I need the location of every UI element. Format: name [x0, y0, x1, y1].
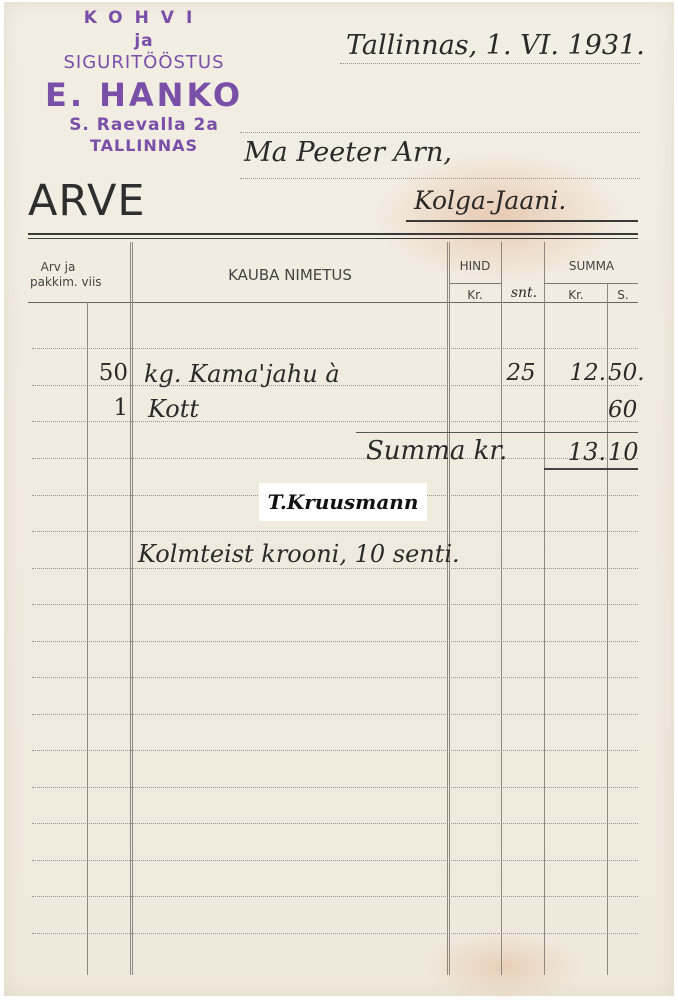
col-line-name-2: [132, 242, 133, 975]
total-underline: [544, 468, 638, 470]
row-line: [32, 714, 638, 715]
header-price: HIND: [450, 259, 500, 273]
col-line-name: [130, 242, 131, 975]
row-item: Kott: [148, 395, 199, 423]
row-line: [32, 823, 638, 824]
header-sum-kr: Kr.: [545, 288, 607, 302]
stamp-address: S. Raevalla 2a: [24, 115, 264, 135]
total-label: Summa kr.: [366, 436, 507, 466]
header-quantity: Arv ja pakkim. viis: [30, 260, 86, 290]
row-line: [32, 568, 638, 569]
amount-in-words: Kolmteist krooni, 10 senti.: [138, 540, 460, 568]
header-rule-top-2: [28, 238, 638, 239]
row-qty: 50: [94, 360, 128, 386]
col-line-sum-s: [607, 283, 608, 975]
stamp-ja: ja: [24, 31, 264, 51]
stamp-city: TALLINNAS: [24, 136, 264, 155]
recipient-dotted-line: [240, 132, 640, 133]
stamp-industry: SIGURITÖÖSTUS: [24, 52, 264, 73]
recipient-underline: [406, 220, 638, 222]
header-sum-s: S.: [608, 288, 638, 302]
row-line: [32, 458, 638, 459]
row-line: [32, 750, 638, 751]
recipient-dotted-line: [240, 178, 640, 179]
row-item: kg. Kama'jahu à: [144, 360, 340, 388]
row-line: [32, 421, 638, 422]
row-line: [32, 677, 638, 678]
row-price-snt: 25: [501, 360, 541, 386]
row-line: [32, 604, 638, 605]
col-line-qty: [87, 302, 88, 975]
row-line: [32, 348, 638, 349]
stamp-company: E. HANKO: [24, 76, 264, 114]
hind-subrule: [449, 283, 501, 284]
invoice-paper: KOHVI ja SIGURITÖÖSTUS E. HANKO S. Raeva…: [4, 2, 674, 996]
row-qty: 1: [94, 395, 128, 421]
row-sum-s: 60: [608, 397, 637, 423]
row-sum-kr: 12.: [560, 360, 606, 386]
subtotal-rule: [356, 432, 638, 433]
stamp-kohvi: KOHVI: [24, 8, 264, 28]
recipient-place: Kolga-Jaani.: [414, 186, 566, 215]
date-dotted-line: [340, 63, 640, 64]
doc-title: ARVE: [28, 176, 146, 226]
header-item-name: KAUBA NIMETUS: [134, 266, 446, 284]
total-s: 10: [608, 438, 639, 466]
date-text: Tallinnas, 1. VI. 1931.: [346, 30, 645, 61]
signature-label: T.Kruusmann: [259, 483, 427, 521]
recipient-name: Ma Peeter Arn,: [244, 137, 452, 168]
row-line: [32, 787, 638, 788]
stain: [424, 932, 584, 1000]
total-kr: 13.: [560, 438, 606, 466]
row-sum-s: 50.: [608, 360, 645, 386]
header-price-snt: snt.: [504, 285, 544, 301]
header-rule-top: [28, 233, 638, 235]
header-rule-bottom: [28, 302, 638, 303]
header-sum: SUMMA: [545, 259, 638, 273]
row-line: [32, 896, 638, 897]
col-line-price-2: [449, 242, 450, 975]
row-line: [32, 933, 638, 934]
header-price-kr: Kr.: [450, 288, 500, 302]
col-line-sum: [544, 242, 545, 975]
col-line-snt: [501, 242, 502, 975]
col-line-price: [447, 242, 448, 975]
row-line: [32, 531, 638, 532]
row-line: [32, 641, 638, 642]
summa-subrule: [544, 283, 638, 284]
row-line: [32, 860, 638, 861]
